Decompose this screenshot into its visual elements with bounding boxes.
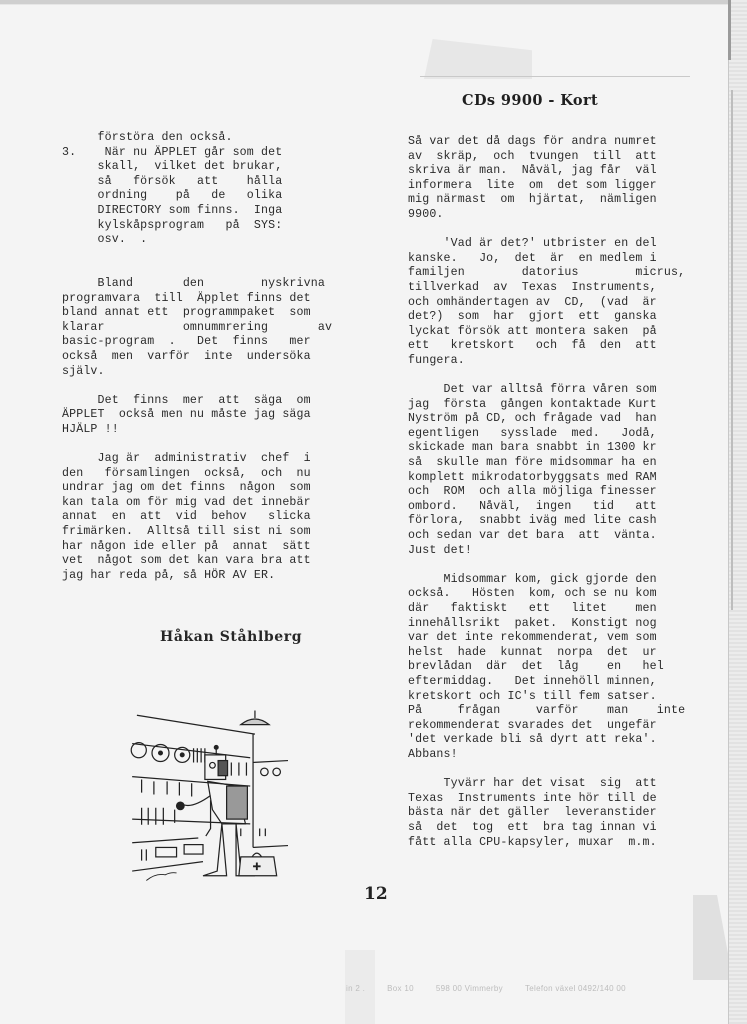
robot-illustration: [118, 703, 288, 888]
text-line: förlora, snabbt iväg med lite cash: [408, 514, 670, 529]
text-line: också men varför inte undersöka: [62, 350, 324, 365]
text-line: Just det!: [408, 544, 670, 559]
text-line: har någon ide eller på annat sätt: [62, 540, 324, 555]
text-line: av skräp, och tvungen till att: [408, 150, 670, 165]
text-line: helst hade kunnat norpa det ur: [408, 646, 670, 661]
text-line: fått alla CPU-kapsyler, muxar m.m.: [408, 836, 670, 851]
text-line: egentligen sysslade med. Jodå,: [408, 427, 670, 442]
text-line: brevlådan där det låg en hel: [408, 660, 670, 675]
text-line: skriva är man. Nåväl, jag får väl: [408, 164, 670, 179]
text-line: kylskåpsprogram på SYS:: [62, 219, 324, 234]
text-line: komplett mikrodatorbyggsats med RAM: [408, 471, 670, 486]
bleed-through-shape: [424, 39, 532, 79]
text-line: vet något som det kan vara bra att: [62, 554, 324, 569]
text-line: Midsommar kom, gick gjorde den: [408, 573, 670, 588]
footer-address: in 2 .Box 10598 00 VimmerbyTelefon växel…: [346, 984, 648, 993]
text-line: så det tog ett bra tag innan vi: [408, 821, 670, 836]
text-line: [62, 262, 324, 277]
text-line: 9900.: [408, 208, 670, 223]
text-line: familjen datorius micrus,: [408, 266, 670, 281]
scan-edge-shadow: [728, 0, 731, 60]
text-line: osv. .: [62, 233, 324, 248]
text-line: jag första gången kontaktade Kurt: [408, 398, 670, 413]
text-line: förstöra den också.: [62, 131, 324, 146]
text-line: själv.: [62, 365, 324, 380]
text-line: Bland den nyskrivna: [62, 277, 324, 292]
footer-item: 598 00 Vimmerby: [436, 984, 503, 993]
text-line: och sedan var det bara att vänta.: [408, 529, 670, 544]
text-line: bästa när det gäller leveranstider: [408, 806, 670, 821]
text-line: ÄPPLET också men nu måste jag säga: [62, 408, 324, 423]
text-line: eftermiddag. Det innehöll minnen,: [408, 675, 670, 690]
text-line: kan tala om för mig vad det innebär: [62, 496, 324, 511]
page-number: 12: [364, 884, 388, 904]
text-line: frimärken. Alltså till sist ni som: [62, 525, 324, 540]
text-line: [62, 248, 324, 263]
text-line: programvara till Äpplet finns det: [62, 292, 324, 307]
scan-edge-line: [731, 90, 733, 610]
text-line: [408, 558, 670, 573]
text-line: [408, 763, 670, 778]
text-line: den församlingen också, och nu: [62, 467, 324, 482]
text-line: skall, vilket det brukar,: [62, 160, 324, 175]
text-line: ordning på de olika: [62, 189, 324, 204]
text-line: Abbans!: [408, 748, 670, 763]
bleed-through-shape-bottom: [693, 895, 733, 980]
text-line: annat en att vid behov slicka: [62, 510, 324, 525]
text-line: bland annat ett programmpaket som: [62, 306, 324, 321]
text-line: Nyström på CD, och frågade vad han: [408, 412, 670, 427]
text-line: fungera.: [408, 354, 670, 369]
text-line: HJÄLP !!: [62, 423, 324, 438]
text-line: mig närmast om hjärtat, nämligen: [408, 193, 670, 208]
text-line: tillverkad av Texas Instruments,: [408, 281, 670, 296]
text-line: klarar omnummrering av: [62, 321, 324, 336]
text-line: så skulle man före midsommar ha en: [408, 456, 670, 471]
text-line: lyckat försök att montera saken på: [408, 325, 670, 340]
text-line: 'Vad är det?' utbrister en del: [408, 237, 670, 252]
text-line: var det inte rekommenderat, vem som: [408, 631, 670, 646]
article-title: CDs 9900 - Kort: [462, 92, 598, 109]
text-line: kretskort och IC's till fem satser.: [408, 690, 670, 705]
text-line: basic-program . Det finns mer: [62, 335, 324, 350]
text-line: ett kretskort och få den att: [408, 339, 670, 354]
text-line: kanske. Jo, det är en medlem i: [408, 252, 670, 267]
text-line: Texas Instruments inte hör till de: [408, 792, 670, 807]
text-line: 3. När nu ÄPPLET går som det: [62, 146, 324, 161]
text-line: På frågan varför man inte: [408, 704, 670, 719]
text-line: undrar jag om det finns någon som: [62, 481, 324, 496]
text-line: så försök att hålla: [62, 175, 324, 190]
text-line: och omhändertagen av CD, (vad är: [408, 296, 670, 311]
text-line: det?) som har gjort ett ganska: [408, 310, 670, 325]
right-column: Så var det då dags för andra numret av s…: [408, 135, 670, 850]
footer-item: Telefon växel 0492/140 00: [525, 984, 626, 993]
text-line: ombord. Nåväl, ingen tid att: [408, 500, 670, 515]
text-line: informera lite om det som ligger: [408, 179, 670, 194]
text-line: där faktiskt ett litet men: [408, 602, 670, 617]
text-line: rekommenderat svarades det ungefär: [408, 719, 670, 734]
text-line: [62, 437, 324, 452]
text-line: [408, 369, 670, 384]
text-line: [62, 379, 324, 394]
text-line: 'det verkade bli så dyrt att reka'.: [408, 733, 670, 748]
text-line: innehållsrikt paket. Konstigt nog: [408, 617, 670, 632]
text-line: skickade man bara snabbt in 1300 kr: [408, 441, 670, 456]
bleed-through-line: [420, 76, 690, 77]
author-byline: Håkan Ståhlberg: [160, 629, 302, 645]
text-line: jag har reda på, så HÖR AV ER.: [62, 569, 324, 584]
text-line: Det var alltså förra våren som: [408, 383, 670, 398]
text-line: Så var det då dags för andra numret: [408, 135, 670, 150]
text-line: och ROM och alla möjliga finesser: [408, 485, 670, 500]
page-top-edge-shadow: [0, 4, 747, 5]
text-line: Det finns mer att säga om: [62, 394, 324, 409]
text-line: också. Hösten kom, och se nu kom: [408, 587, 670, 602]
left-column: förstöra den också. 3. När nu ÄPPLET går…: [62, 131, 324, 583]
text-line: [408, 223, 670, 238]
footer-item: Box 10: [387, 984, 414, 993]
footer-item: in 2 .: [346, 984, 365, 993]
text-line: Tyvärr har det visat sig att: [408, 777, 670, 792]
text-line: DIRECTORY som finns. Inga: [62, 204, 324, 219]
text-line: Jag är administrativ chef i: [62, 452, 324, 467]
